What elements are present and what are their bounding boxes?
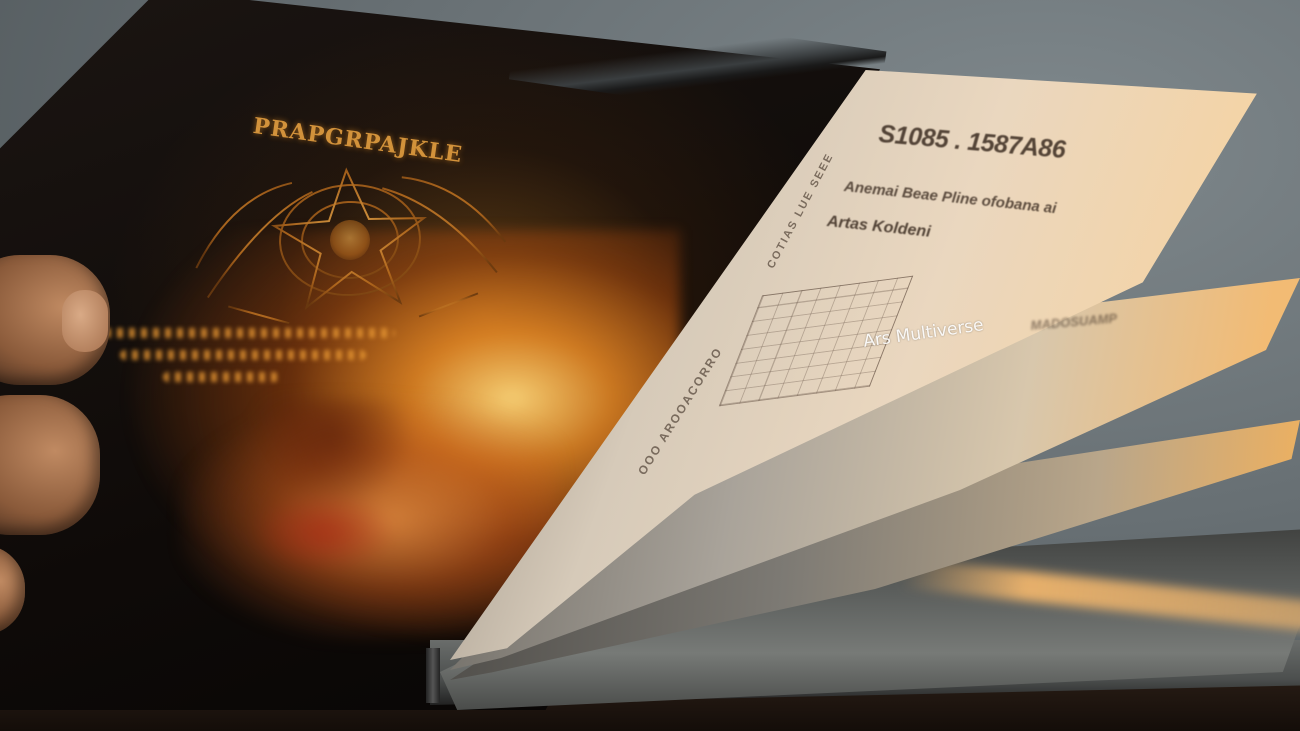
thumbnail [62, 290, 108, 352]
passport-photo: PRAPGRPAJKLE S1085 [0, 0, 1300, 731]
finger [0, 395, 100, 535]
passport-spine [426, 648, 440, 703]
coat-of-arms-emblem-icon [161, 140, 540, 339]
cover-inscription [105, 328, 395, 408]
